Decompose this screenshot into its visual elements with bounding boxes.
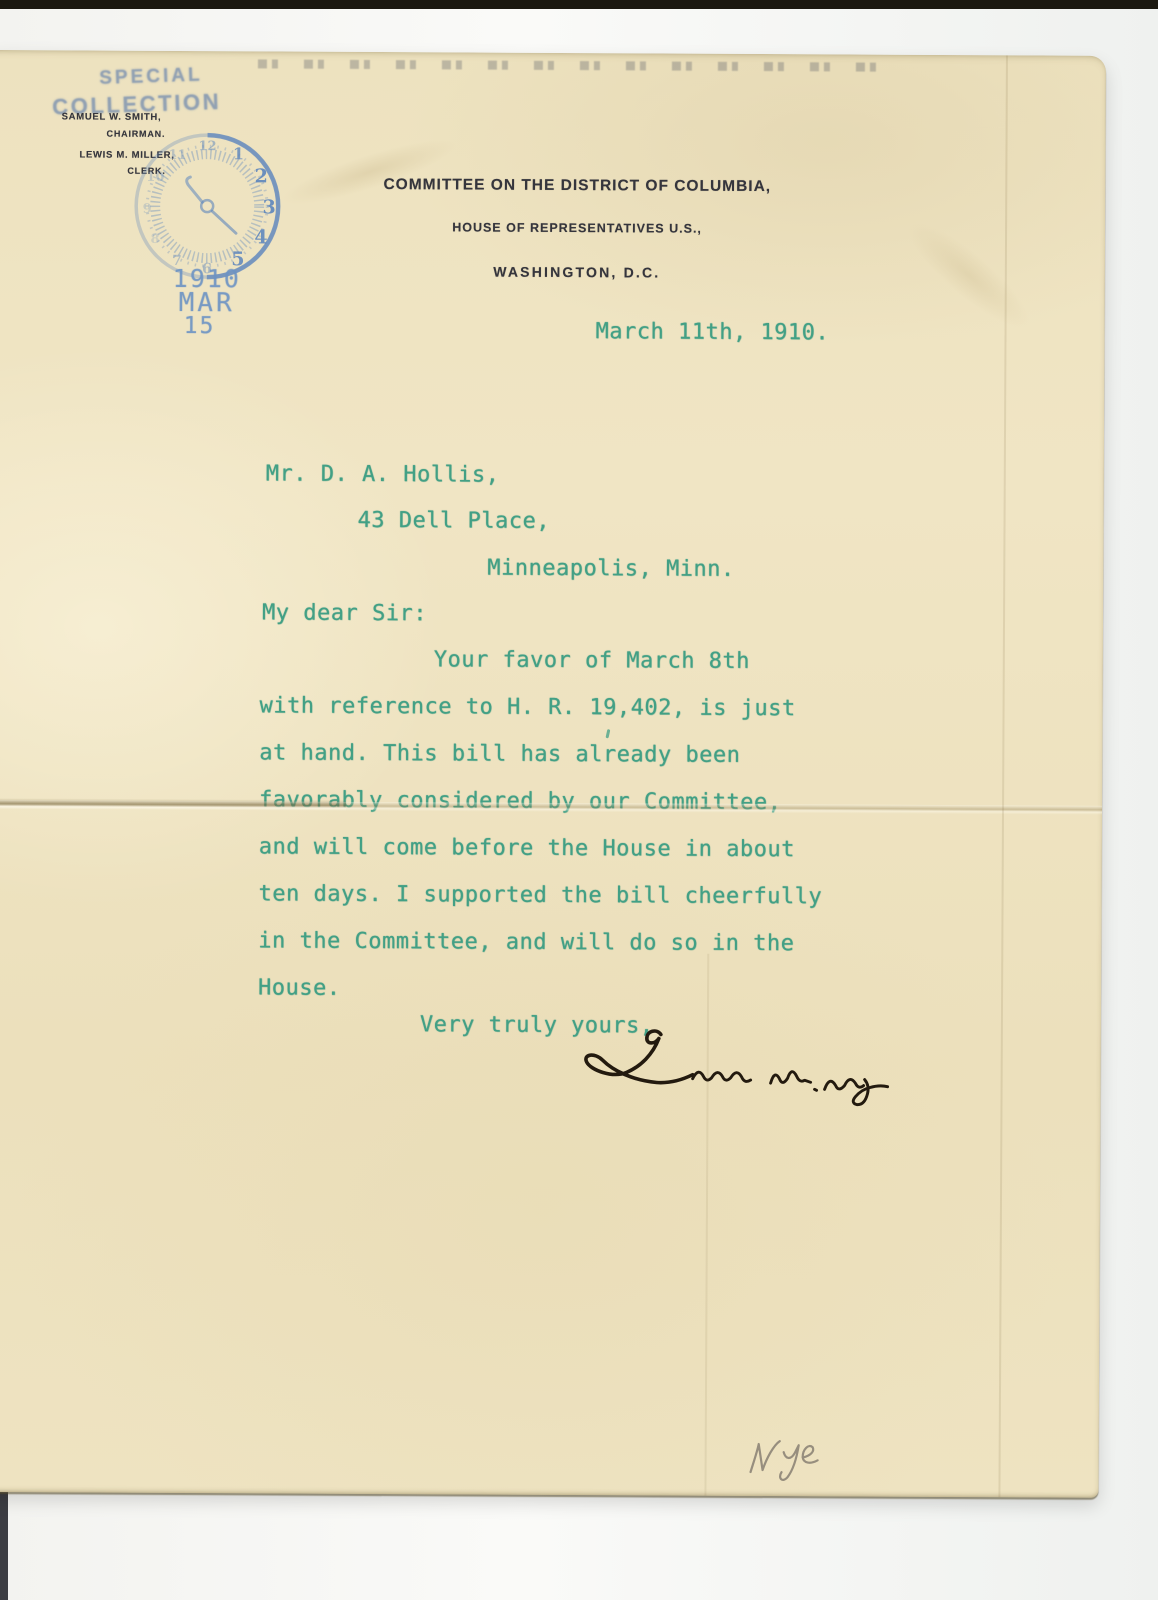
horizontal-fold-crease-left [0, 798, 346, 811]
body-line: in the Committee, and will do so in the [258, 928, 794, 956]
scanned-letter-photo: { "photo": { "background_color": "#f3f3f… [0, 0, 1158, 1600]
clock-number-3: 3 [263, 196, 276, 218]
clock-number-11: 11 [168, 148, 186, 163]
recipient-city: Minneapolis, Minn. [487, 556, 735, 582]
salutation: My dear Sir: [262, 600, 427, 626]
clock-number-9: 9 [143, 202, 152, 217]
photo-left-edge-strip [0, 1488, 8, 1600]
signature-frank-m-nye [572, 1026, 892, 1113]
pencil-note-nye [742, 1432, 837, 1487]
letterhead-committee: COMMITTEE ON THE DISTRICT OF COLUMBIA, [277, 176, 877, 197]
special-collection-stamp-line1: SPECIAL [51, 64, 221, 92]
stamp-month: MAR [147, 291, 267, 316]
body-line: ten days. I supported the bill cheerfull… [259, 881, 823, 909]
clock-number-10: 10 [146, 170, 164, 185]
body-line: and will come before the House in about [259, 834, 795, 862]
body-line: Your favor of March 8th [434, 647, 750, 674]
received-date-stamp: 1910 MAR 15 [146, 267, 266, 339]
stamp-day: 15 [146, 315, 266, 339]
recipient-street: 43 Dell Place, [357, 508, 550, 534]
photo-top-edge-bar [0, 0, 1158, 9]
clock-number-1: 1 [233, 144, 244, 163]
body-line: with reference to H. R. 19,402, is just [260, 693, 796, 721]
body-line: at hand. This bill has already been [259, 740, 740, 768]
clock-number-4: 4 [254, 226, 267, 248]
clock-number-12: 12 [198, 139, 216, 154]
letter-paper: SPECIAL COLLECTION SAMUEL W. SMITH, CHAI… [0, 50, 1106, 1498]
stray-ink-mark [606, 729, 611, 738]
letter-date: March 11th, 1910. [595, 319, 829, 345]
clock-number-8: 8 [150, 232, 159, 247]
letterhead-location: WASHINGTON, D.C. [277, 263, 877, 282]
faded-stamp-marks [258, 59, 883, 71]
clock-number-2: 2 [255, 165, 268, 187]
body-line: House. [258, 975, 341, 1000]
recipient-name: Mr. D. A. Hollis, [266, 461, 500, 487]
